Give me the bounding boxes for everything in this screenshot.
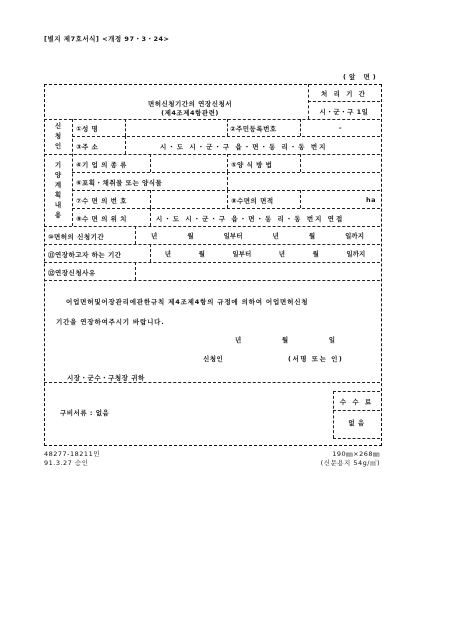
divider [227, 154, 228, 172]
divider [72, 208, 380, 209]
business-type-label: ④기 업 의 종 류 [76, 160, 127, 169]
water-area-unit: ha [366, 196, 376, 204]
water-location-field[interactable]: 시・도 시・군・구 읍・면・동 리・동 번지 연접 [156, 214, 344, 223]
divider [300, 190, 301, 208]
form-title: 면허신청기간의 연장신청서 [100, 99, 280, 108]
divider [150, 208, 151, 226]
divider [227, 190, 228, 208]
divider [72, 136, 380, 137]
declaration-date[interactable]: 년 월 일 [235, 335, 335, 344]
divider [44, 280, 380, 281]
declaration-line-2: 기간을 연장하여주시기 바랍니다. [56, 317, 165, 326]
fee-value: 없 음 [333, 418, 380, 427]
divider [308, 101, 380, 102]
business-type-field[interactable] [151, 155, 226, 171]
water-area-label: ⑧수면의 면적 [231, 196, 274, 205]
water-number-label: ⑦수 면 의 번 호 [76, 196, 127, 205]
divider [125, 136, 126, 154]
water-location-label: ⑨수 면 의 위 치 [76, 214, 127, 223]
license-period-field[interactable]: 년 월 일부터 년 월 일까지 [136, 227, 379, 243]
species-label: ⑥포획・채취물 또는 양식물 [76, 178, 162, 187]
name-label: ①성 명 [76, 124, 98, 133]
page-side-label: (앞 면) [343, 72, 379, 81]
divider [72, 190, 380, 191]
extension-reason-label: ⑫연장신청사유 [48, 268, 96, 277]
processing-period-label: 처 리 기 간 [308, 89, 380, 98]
processing-period-value: 시・군・구 1일 [308, 107, 380, 116]
required-documents: 구비서류 : 없음 [60, 408, 109, 417]
addressee: 시장・군수・구청장 귀하 [67, 373, 145, 382]
divider [333, 410, 380, 411]
form-subtitle: (제4조제4항관련) [100, 108, 280, 117]
rrn-field[interactable]: - [301, 124, 380, 132]
divider [333, 438, 380, 439]
divider [227, 119, 228, 136]
divider [44, 382, 380, 383]
address-label: ③주 소 [76, 142, 98, 151]
fee-label: 수 수 료 [333, 397, 380, 406]
divider [72, 119, 73, 226]
divider [333, 391, 380, 392]
species-field[interactable] [228, 173, 379, 189]
license-period-label: ⑩면허의 신청기간 [48, 232, 104, 241]
extension-reason-field[interactable] [136, 263, 379, 279]
farm-plan-group-label: 기 양 계 획 내 용 [44, 160, 72, 220]
signature-field[interactable]: (서명 또는 인) [288, 354, 343, 363]
farming-method-field[interactable] [301, 155, 379, 171]
applicant-group-label: 신 청 인 [44, 121, 72, 151]
extension-period-label: ⑪연장하고자 하는 기간 [48, 250, 122, 259]
extension-period-field[interactable]: 년 월 일부터 년 월 일까지 [151, 245, 379, 261]
address-field[interactable]: 시・도 시・군・구 읍・면・동 리・동 번지 [160, 142, 327, 151]
paper-size: 190㎜×268㎜ [332, 449, 380, 458]
approval-date: 91.3.27 승인 [44, 458, 88, 467]
declaration-line-1: 어업면허및어장관리에관한규칙 제4조제4항의 규정에 의하여 어업면허신청 [66, 297, 308, 306]
form-code: 48277-18211민 [44, 449, 100, 458]
paper-type: (신문용지 54g/㎡) [321, 458, 380, 467]
farming-method-label: ⑤양 식 방 법 [231, 160, 272, 169]
water-number-field[interactable] [151, 191, 226, 207]
name-field[interactable] [126, 120, 226, 135]
rrn-label: ②주민등록번호 [230, 124, 277, 133]
applicant-sign-label: 신청인 [203, 354, 223, 363]
form-reference: [별지 제7호서식] <개정 97・3・24> [44, 34, 170, 43]
